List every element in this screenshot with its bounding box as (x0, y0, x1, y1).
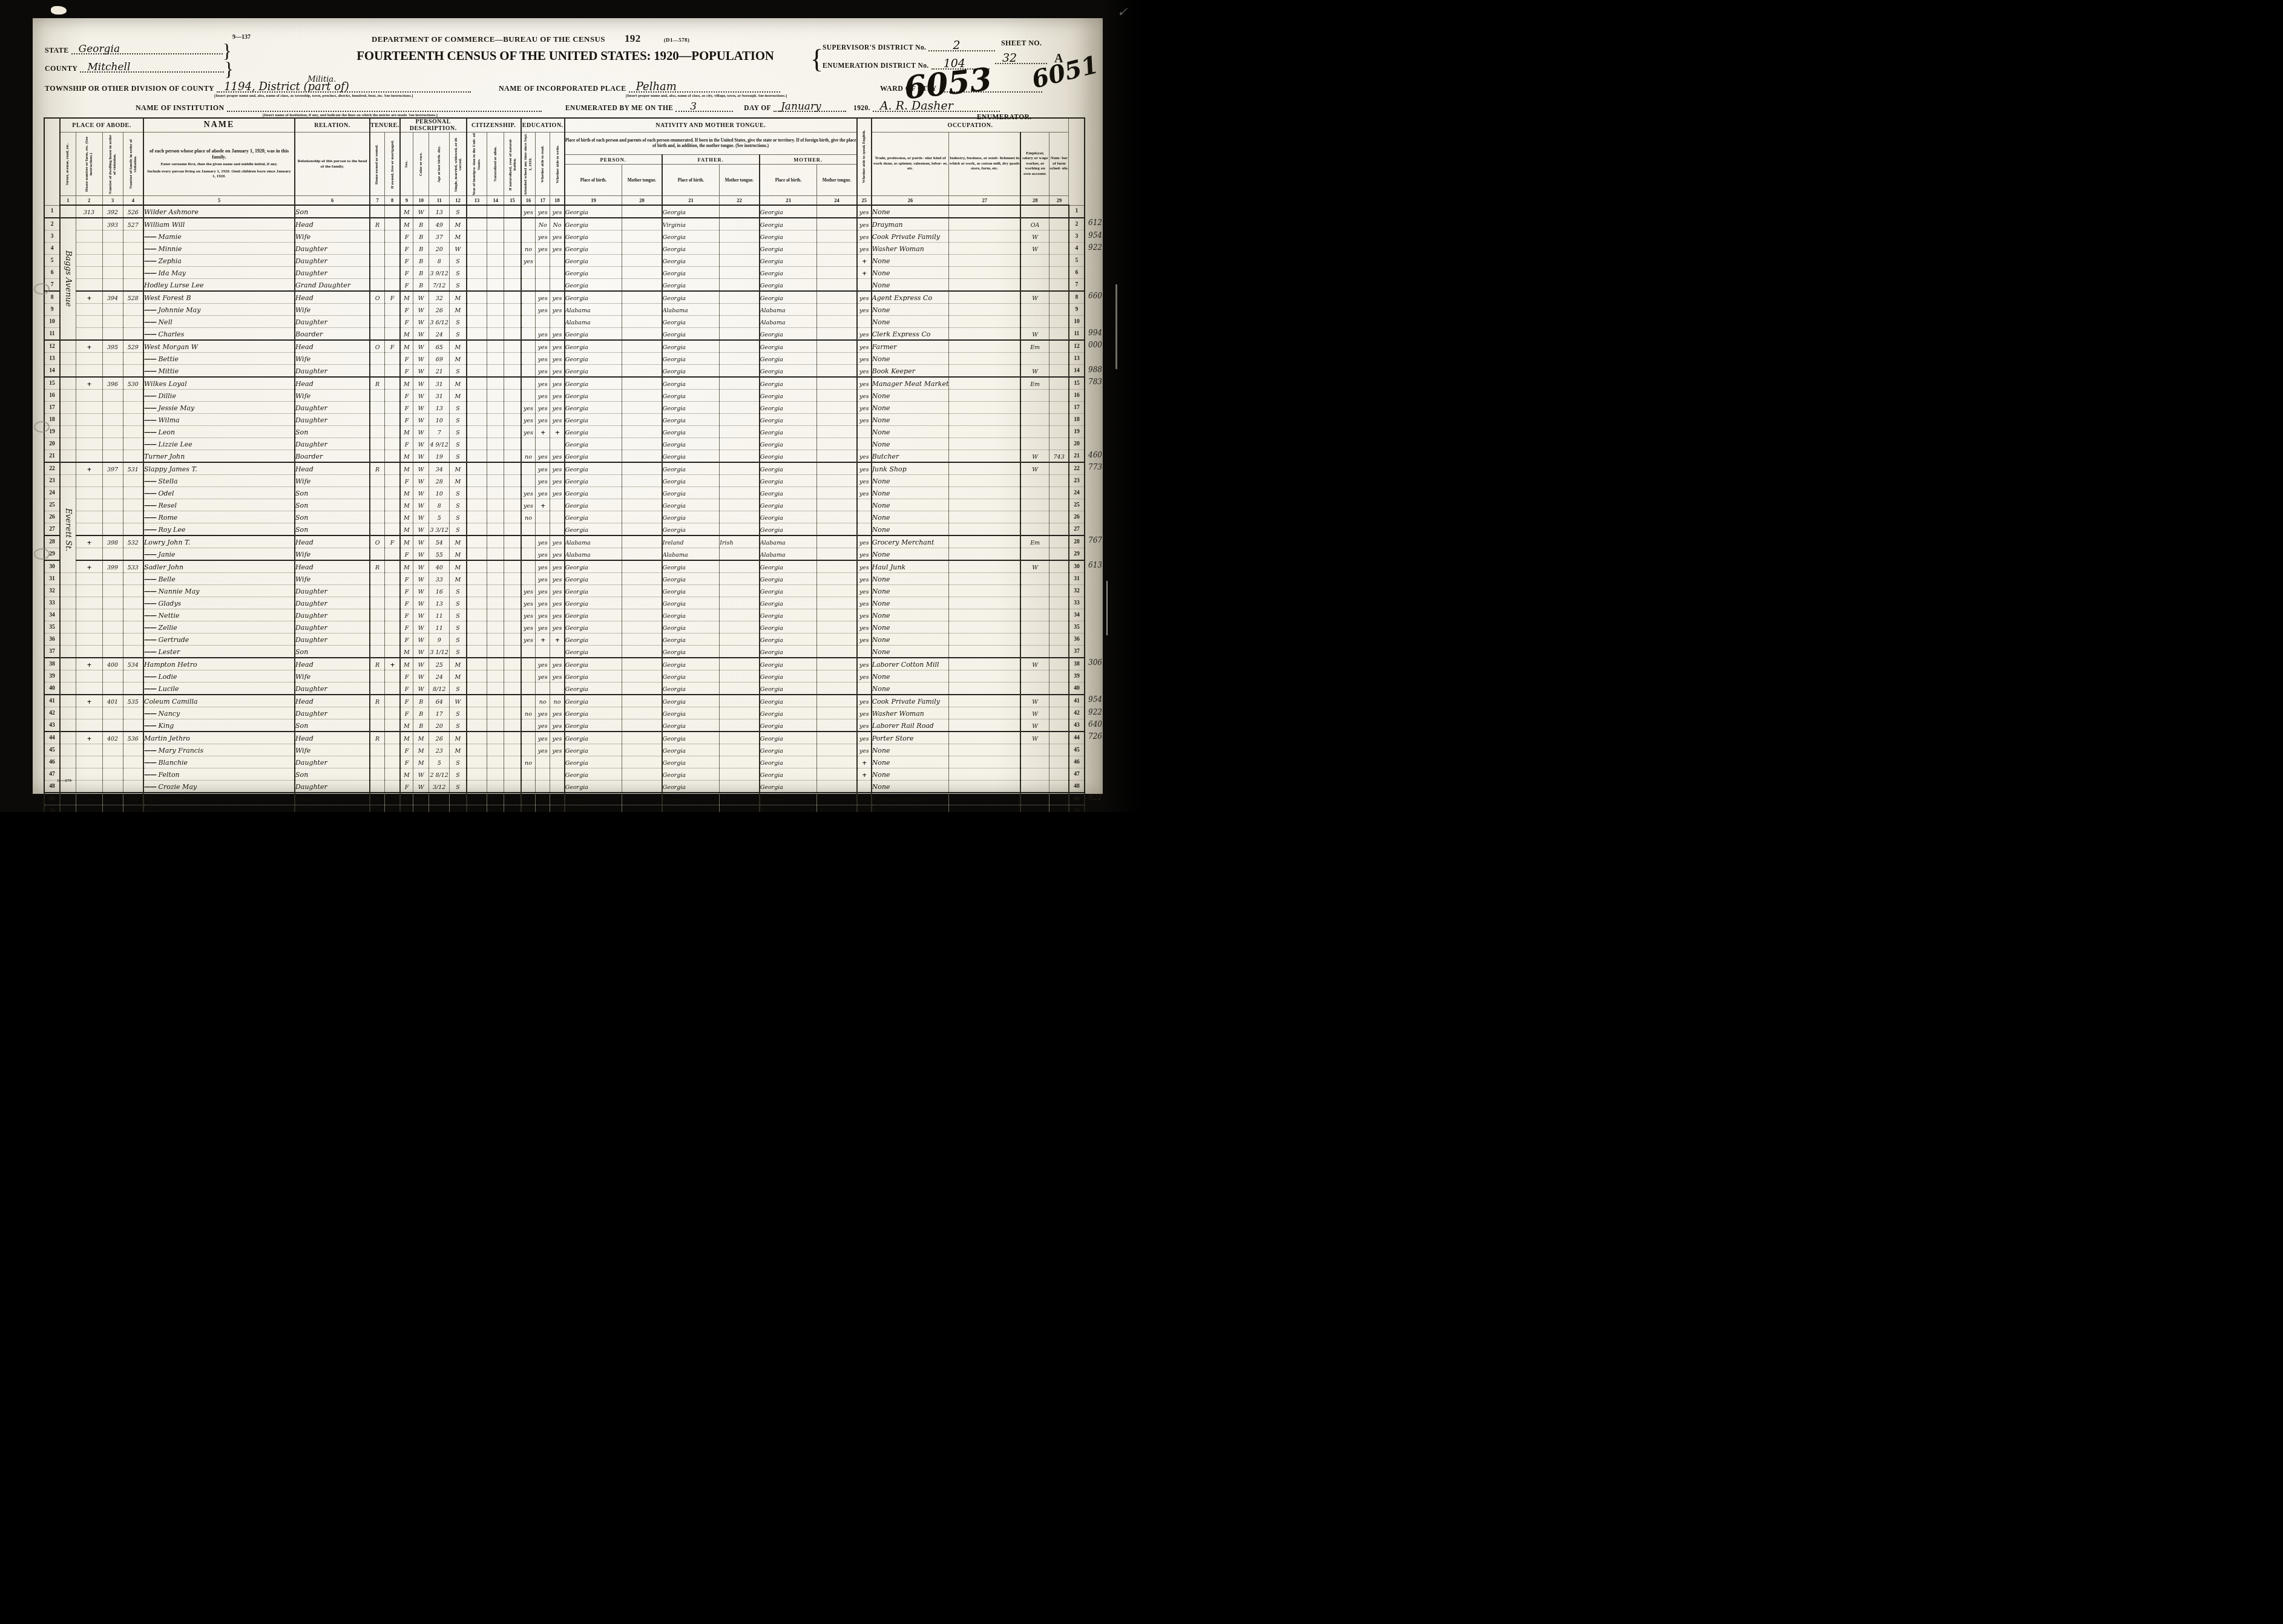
naturalized-alien (487, 585, 504, 597)
pob-father: Georgia (662, 365, 720, 378)
mt-father (720, 597, 760, 609)
table-row: 7Hodley Lurse LeeGrand DaughterFB7/12SGe… (44, 279, 1085, 292)
house-number: + (76, 535, 102, 548)
home-owned-rented (370, 279, 385, 292)
attended-school (521, 781, 536, 793)
marital-status: W (450, 243, 467, 255)
pob-person: Georgia (565, 462, 622, 475)
table-row: 3—— MamieWifeFB37MyesyesGeorgiaGeorgiaGe… (44, 231, 1085, 243)
table-row: 42—— NancyDaughterFB17SnoyesyesGeorgiaGe… (44, 707, 1085, 719)
able-read: yes (536, 597, 550, 609)
able-write (550, 267, 565, 279)
able-read (536, 756, 550, 768)
naturalized-alien (487, 377, 504, 390)
enumerator-field: A. R. Dasher (873, 102, 1000, 112)
family-number (123, 634, 143, 646)
age: 13 (429, 402, 450, 414)
age: 64 (429, 695, 450, 707)
attended-school (521, 304, 536, 316)
able-read (536, 781, 550, 793)
line-left: 10 (44, 316, 60, 328)
col-able-read: Whether able to read. (536, 133, 550, 196)
column-number: 22 (720, 196, 760, 206)
occupation: None (872, 646, 949, 658)
mt-person (622, 621, 662, 634)
supervisor-value: 2 (953, 39, 960, 52)
able-write: no (550, 695, 565, 707)
year-immigration (467, 328, 487, 341)
attended-school (521, 768, 536, 781)
house-number: + (76, 560, 102, 573)
table-row: 41+401535Coleum CamillaHeadRFB64WnonoGeo… (44, 695, 1085, 707)
mt-mother (817, 231, 857, 243)
age: 8 (429, 499, 450, 511)
occupation: None (872, 670, 949, 683)
group-name: NAME (143, 118, 295, 133)
marital-status: M (450, 462, 467, 475)
line-left: 41 (44, 695, 60, 707)
speak-english: yes (857, 744, 872, 756)
table-row: 19—— LeonSonMW7Syes++GeorgiaGeorgiaGeorg… (44, 426, 1085, 438)
home-owned-rented (370, 634, 385, 646)
mt-father (720, 732, 760, 744)
enumerated-label: ENUMERATED BY ME ON THE (565, 105, 673, 112)
house-number (76, 768, 102, 781)
relation: Daughter (295, 609, 370, 621)
house-number (76, 523, 102, 536)
mt-person (622, 523, 662, 536)
industry (949, 340, 1020, 353)
column-number: 24 (817, 196, 857, 206)
margin-note: 726 (1088, 732, 1102, 741)
house-number: 313 (76, 205, 102, 218)
dwelling-number: 397 (102, 462, 123, 475)
name: —— Zellie (143, 621, 295, 634)
group-citizenship: CITIZENSHIP. (467, 118, 521, 133)
industry (949, 573, 1020, 585)
farm-schedule (1050, 573, 1069, 585)
pob-father: Georgia (662, 781, 720, 793)
year-immigration (467, 414, 487, 426)
column-number: 11 (429, 196, 450, 206)
speak-english (857, 279, 872, 292)
column-number: 6 (295, 196, 370, 206)
relation: Wife (295, 353, 370, 365)
sex: F (400, 609, 413, 621)
able-read: yes (536, 793, 550, 805)
naturalized-alien (487, 560, 504, 573)
dwelling-number: 403 (102, 793, 123, 805)
able-write: yes (550, 475, 565, 487)
mt-father (720, 670, 760, 683)
year-immigration (467, 523, 487, 536)
occupation: Porter Store (872, 732, 949, 744)
line-right: 11 (1069, 328, 1085, 341)
line-left: 37 (44, 646, 60, 658)
employer-class: W (1020, 560, 1050, 573)
attended-school: yes (521, 402, 536, 414)
speak-english (857, 438, 872, 450)
able-write (550, 683, 565, 695)
table-row: 47—— FeltonSonMW2 8/12SGeorgiaGeorgiaGeo… (44, 768, 1085, 781)
pob-mother: Alabama (760, 304, 817, 316)
year-naturalization (504, 548, 521, 561)
pob-mother: Georgia (760, 390, 817, 402)
occupation: Cook Private Family (872, 231, 949, 243)
able-write (550, 255, 565, 267)
incorporated-field: Pelham (629, 82, 780, 93)
able-write: yes (550, 243, 565, 255)
line-right: 41 (1069, 695, 1085, 707)
mt-mother (817, 279, 857, 292)
mt-mother (817, 255, 857, 267)
line-left: 46 (44, 756, 60, 768)
home-owned-rented (370, 365, 385, 378)
column-number: 9 (400, 196, 413, 206)
house-number (76, 218, 102, 231)
line-right: 1 (1069, 205, 1085, 218)
house-number (76, 683, 102, 695)
pob-father: Georgia (662, 340, 720, 353)
color-race: M (413, 793, 429, 805)
marital-status: M (450, 340, 467, 353)
farm-schedule (1050, 805, 1069, 813)
color-race: W (413, 535, 429, 548)
naturalized-alien (487, 231, 504, 243)
pob-person: Georgia (565, 621, 622, 634)
table-row: 37—— LesterSonMW3 1/12SGeorgiaGeorgiaGeo… (44, 646, 1085, 658)
color-race: W (413, 328, 429, 341)
able-write (550, 768, 565, 781)
pob-person: Georgia (565, 438, 622, 450)
industry (949, 243, 1020, 255)
line-right: 10 (1069, 316, 1085, 328)
mt-person (622, 402, 662, 414)
column-number: 18 (550, 196, 565, 206)
mt-father (720, 316, 760, 328)
able-write: yes (550, 414, 565, 426)
column-number: 23 (760, 196, 817, 206)
industry (949, 535, 1020, 548)
mt-person (622, 658, 662, 670)
relation: Head (295, 377, 370, 390)
age: 26 (429, 732, 450, 744)
industry (949, 499, 1020, 511)
pob-father: Georgia (662, 353, 720, 365)
name: McLain Pearl (143, 793, 295, 805)
dwelling-number (102, 621, 123, 634)
table-row: 9—— Johnnie MayWifeFW26MyesyesAlabamaAla… (44, 304, 1085, 316)
street (60, 475, 76, 487)
naturalized-alien (487, 683, 504, 695)
dwelling-number: 400 (102, 658, 123, 670)
mt-father (720, 414, 760, 426)
street (60, 426, 76, 438)
mt-mother (817, 291, 857, 304)
table-row: 5—— ZephiaDaughterFB8SyesGeorgiaGeorgiaG… (44, 255, 1085, 267)
pob-person: Georgia (565, 658, 622, 670)
family-number (123, 805, 143, 813)
table-row: 20—— Lizzie LeeDaughterFW4 9/12SGeorgiaG… (44, 438, 1085, 450)
line-right: 32 (1069, 585, 1085, 597)
able-read: + (536, 499, 550, 511)
marital-status: S (450, 707, 467, 719)
year-naturalization (504, 205, 521, 218)
able-write: yes (550, 597, 565, 609)
age: 8 (429, 255, 450, 267)
sex: M (400, 499, 413, 511)
naturalized-alien (487, 340, 504, 353)
table-row: 4—— MinnieDaughterFB20WnoyesyesGeorgiaGe… (44, 243, 1085, 255)
dwelling-number (102, 744, 123, 756)
year-label: 1920. (853, 105, 870, 112)
table-row: 35—— ZellieDaughterFW11SyesyesyesGeorgia… (44, 621, 1085, 634)
street (60, 670, 76, 683)
able-read: + (536, 634, 550, 646)
year-naturalization (504, 475, 521, 487)
mt-person (622, 487, 662, 499)
year-immigration (467, 768, 487, 781)
occupation: Washer Woman (872, 707, 949, 719)
mt-mother (817, 304, 857, 316)
year-naturalization (504, 255, 521, 267)
year-naturalization (504, 634, 521, 646)
mt-person (622, 450, 662, 463)
line-right: 37 (1069, 646, 1085, 658)
name: —— Lucile (143, 683, 295, 695)
relation: Daughter (295, 243, 370, 255)
employer-class: W (1020, 793, 1050, 805)
mt-father (720, 634, 760, 646)
year-naturalization (504, 744, 521, 756)
street (60, 450, 76, 463)
subgroup-father: FATHER. (662, 155, 760, 165)
line-right: 24 (1069, 487, 1085, 499)
state-label: STATE (45, 46, 69, 54)
occupation: None (872, 475, 949, 487)
col-home-owned-rented: Home owned or rented. (370, 133, 385, 196)
farm-schedule (1050, 414, 1069, 426)
family-number (123, 707, 143, 719)
occupation: None (872, 768, 949, 781)
house-number (76, 621, 102, 634)
industry (949, 621, 1020, 634)
name: —— Jessie May (143, 402, 295, 414)
relation: Son (295, 499, 370, 511)
attended-school (521, 573, 536, 585)
year-immigration (467, 707, 487, 719)
farm-schedule (1050, 243, 1069, 255)
able-read: yes (536, 475, 550, 487)
pob-person: Georgia (565, 267, 622, 279)
employer-class: Em (1020, 377, 1050, 390)
dwelling-number (102, 243, 123, 255)
dwelling-number (102, 634, 123, 646)
speak-english (857, 805, 872, 813)
census-table: PLACE OF ABODE.NAMERELATION.TENURE.PERSO… (44, 117, 1085, 812)
occupation: Laborer Cotton Mill (872, 658, 949, 670)
occupation: None (872, 304, 949, 316)
naturalized-alien (487, 402, 504, 414)
occupation: Clerk Express Co (872, 328, 949, 341)
mt-mother (817, 597, 857, 609)
attended-school (521, 377, 536, 390)
year-immigration (467, 793, 487, 805)
enumerated-day-field: 3 (675, 102, 733, 112)
year-naturalization (504, 414, 521, 426)
owned-free-mortgaged (385, 218, 400, 231)
naturalized-alien (487, 719, 504, 732)
line-right: 39 (1069, 670, 1085, 683)
family-number (123, 414, 143, 426)
relation: Grand Daughter (295, 279, 370, 292)
employer-class: W (1020, 243, 1050, 255)
name: —— Ida May (143, 267, 295, 279)
able-write: yes (550, 621, 565, 634)
year-immigration (467, 585, 487, 597)
employer-class: Em (1020, 535, 1050, 548)
family-number (123, 390, 143, 402)
mt-father (720, 328, 760, 341)
able-write (550, 646, 565, 658)
year-naturalization (504, 402, 521, 414)
street (60, 744, 76, 756)
farm-schedule (1050, 438, 1069, 450)
farm-schedule (1050, 340, 1069, 353)
family-number (123, 450, 143, 463)
able-write (550, 756, 565, 768)
occupation: None (872, 267, 949, 279)
year-immigration (467, 243, 487, 255)
name: West Morgan W (143, 340, 295, 353)
street (60, 658, 76, 670)
color-race: W (413, 475, 429, 487)
speak-english (857, 781, 872, 793)
col-age: Age at last birth- day. (429, 133, 450, 196)
house-number (76, 438, 102, 450)
house-number: + (76, 340, 102, 353)
mt-father (720, 585, 760, 597)
footer-code: 11—079 (57, 778, 71, 783)
occupation: Book Keeper (872, 365, 949, 378)
relation: Head (295, 218, 370, 231)
color-race: M (413, 805, 429, 813)
owned-free-mortgaged (385, 548, 400, 561)
census-photo-page: ✓ 9—137 DEPARTMENT OF COMMERCE—BUREAU OF… (0, 0, 1141, 812)
line-left: 23 (44, 475, 60, 487)
color-race: W (413, 621, 429, 634)
pob-mother: Georgia (760, 438, 817, 450)
street (60, 707, 76, 719)
color-race: B (413, 243, 429, 255)
farm-schedule (1050, 781, 1069, 793)
owned-free-mortgaged (385, 438, 400, 450)
margin-note: 660 (1088, 292, 1102, 300)
industry (949, 255, 1020, 267)
industry (949, 205, 1020, 218)
pob-mother: Georgia (760, 402, 817, 414)
year-immigration (467, 732, 487, 744)
year-naturalization (504, 462, 521, 475)
attended-school (521, 560, 536, 573)
color-race: B (413, 707, 429, 719)
marital-status: M (450, 732, 467, 744)
color-race: W (413, 353, 429, 365)
mt-father (720, 573, 760, 585)
margin-note: 613 (1088, 561, 1102, 569)
col-speak-english: Whether able to speak English. (857, 118, 872, 196)
employer-class (1020, 597, 1050, 609)
relation: Daughter (295, 781, 370, 793)
marital-status: W (450, 793, 467, 805)
enumerated-month-field: January (774, 102, 846, 112)
occupation: None (872, 634, 949, 646)
farm-schedule (1050, 279, 1069, 292)
col-house-number: House number or farm, etc. (See instruct… (76, 133, 102, 196)
pob-mother: Georgia (760, 756, 817, 768)
line-left: 25 (44, 499, 60, 511)
family-number (123, 683, 143, 695)
dwelling-number (102, 475, 123, 487)
employer-class: W (1020, 732, 1050, 744)
street (60, 621, 76, 634)
able-read: yes (536, 340, 550, 353)
mt-person (622, 243, 662, 255)
owned-free-mortgaged (385, 634, 400, 646)
marital-status: S (450, 609, 467, 621)
marital-status: M (450, 535, 467, 548)
pob-father: Georgia (662, 585, 720, 597)
pob-person: Georgia (565, 744, 622, 756)
dwelling-number (102, 573, 123, 585)
mt-person (622, 304, 662, 316)
name: —— Wilma (143, 414, 295, 426)
pob-person: Georgia (565, 597, 622, 609)
county-label: COUNTY (45, 64, 77, 73)
employer-class (1020, 646, 1050, 658)
able-write: yes (550, 450, 565, 463)
name: —— Stella (143, 475, 295, 487)
sex: M (400, 511, 413, 523)
relation: Wife (295, 475, 370, 487)
dwelling-number (102, 683, 123, 695)
attended-school: no (521, 450, 536, 463)
year-naturalization (504, 450, 521, 463)
employer-class (1020, 548, 1050, 561)
table-row: 45—— Mary FrancisWifeFM23MyesyesGeorgiaG… (44, 744, 1085, 756)
occupation: None (872, 597, 949, 609)
dwelling-number (102, 402, 123, 414)
attended-school: no (521, 756, 536, 768)
line-left: 42 (44, 707, 60, 719)
mt-person (622, 328, 662, 341)
mt-person (622, 218, 662, 231)
farm-schedule (1050, 683, 1069, 695)
mt-father (720, 243, 760, 255)
marital-status: S (450, 523, 467, 536)
home-owned-rented: R (370, 462, 385, 475)
name: —— George (143, 805, 295, 813)
able-read: yes (536, 462, 550, 475)
house-number (76, 365, 102, 378)
column-number: 20 (622, 196, 662, 206)
farm-schedule (1050, 658, 1069, 670)
mt-mother (817, 707, 857, 719)
pob-person: Georgia (565, 511, 622, 523)
mt-mother (817, 573, 857, 585)
family-number (123, 585, 143, 597)
line-left: 49 (44, 793, 60, 805)
